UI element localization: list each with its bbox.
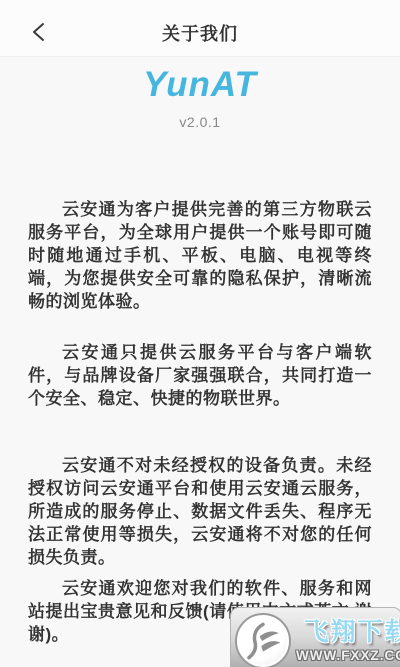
appbar: 关于我们: [0, 0, 400, 57]
watermark-site-url: WWW.FXXZ.COM: [296, 649, 400, 663]
chevron-left-icon: [30, 21, 50, 46]
watermark-site-name: 飞翔下载: [303, 620, 400, 645]
about-screen: 关于我们 YunAT v2.0.1 云安通为客户提供完善的第三方物联云服务平台，…: [0, 0, 400, 667]
about-paragraph-2: 云安通只提供云服务平台与客户端软件，与品牌设备厂家强强联合，共同打造一个安全、稳…: [28, 341, 372, 410]
page-title: 关于我们: [162, 20, 238, 46]
site-watermark: 飞翔下载 WWW.FXXZ.COM: [230, 607, 400, 667]
fxxz-wing-logo-icon: [235, 613, 291, 667]
about-content: 云安通为客户提供完善的第三方物联云服务平台，为全球用户提供一个账号即可随时随地通…: [0, 198, 400, 646]
about-paragraph-3: 云安通不对未经授权的设备负责。未经授权访问云安通平台和使用云安通云服务，所造成的…: [28, 454, 372, 569]
app-version: v2.0.1: [0, 114, 400, 130]
watermark-text: 飞翔下载 WWW.FXXZ.COM: [296, 620, 400, 663]
app-logo: YunAT: [0, 65, 400, 105]
about-paragraph-1: 云安通为客户提供完善的第三方物联云服务平台，为全球用户提供一个账号即可随时随地通…: [28, 198, 372, 313]
back-button[interactable]: [30, 10, 66, 56]
